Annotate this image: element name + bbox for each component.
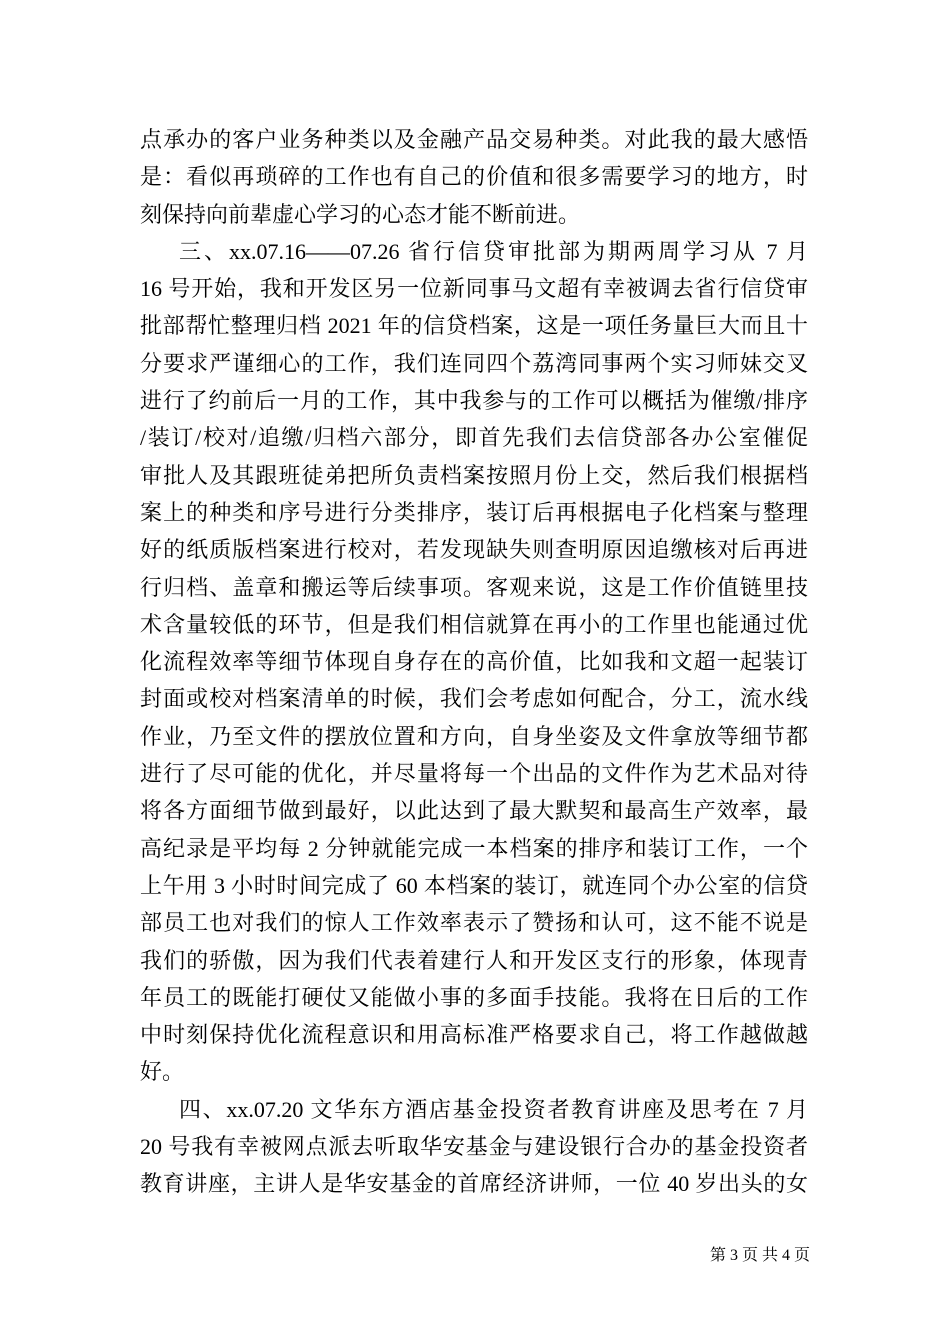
text-line: 我们的骄傲，因为我们代表着建行人和开发区支行的形象，体现青 [140, 942, 808, 979]
text-line: 进行了尽可能的优化，并尽量将每一个出品的文件作为艺术品对待 [140, 755, 808, 792]
text-line: 好的纸质版档案进行校对，若发现缺失则查明原因追缴核对后再进 [140, 531, 808, 568]
text-line: 高纪录是平均每 2 分钟就能完成一本档案的排序和装订工作，一个 [140, 830, 808, 867]
text-line: 年员工的既能打硬仗又能做小事的多面手技能。我将在日后的工作 [140, 979, 808, 1016]
page-number-footer: 第 3 页 共 4 页 [710, 1246, 810, 1265]
text-line: 审批人及其跟班徒弟把所负责档案按照月份上交，然后我们根据档 [140, 457, 808, 494]
text-line: 分要求严谨细心的工作，我们连同四个荔湾同事两个实习师妹交叉 [140, 345, 808, 382]
text-line: 化流程效率等细节体现自身存在的高价值，比如我和文超一起装订 [140, 643, 808, 680]
text-line: 作业，乃至文件的摆放位置和方向，自身坐姿及文件拿放等细节都 [140, 718, 808, 755]
text-line: 20 号我有幸被网点派去听取华安基金与建设银行合办的基金投资者 [140, 1128, 808, 1165]
text-line: 点承办的客户业务种类以及金融产品交易种类。对此我的最大感悟 [140, 121, 808, 158]
text-line: 上午用 3 小时时间完成了 60 本档案的装订，就连同个办公室的信贷 [140, 867, 808, 904]
text-line: 进行了约前后一月的工作，其中我参与的工作可以概括为催缴/排序 [140, 382, 808, 419]
text-line: 案上的种类和序号进行分类排序，装订后再根据电子化档案与整理 [140, 494, 808, 531]
text-line: 教育讲座，主讲人是华安基金的首席经济讲师，一位 40 岁出头的女 [140, 1165, 808, 1202]
text-line: 刻保持向前辈虚心学习的心态才能不断前进。 [140, 196, 808, 233]
text-line: 中时刻保持优化流程意识和用高标准严格要求自己，将工作越做越 [140, 1016, 808, 1053]
text-line: 好。 [140, 1053, 808, 1090]
text-line: 是：看似再琐碎的工作也有自己的价值和很多需要学习的地方，时 [140, 158, 808, 195]
text-line: 四、xx.07.20 文华东方酒店基金投资者教育讲座及思考在 7 月 [140, 1091, 808, 1128]
document-body: 点承办的客户业务种类以及金融产品交易种类。对此我的最大感悟是：看似再琐碎的工作也… [140, 121, 808, 1203]
text-line: 将各方面细节做到最好，以此达到了最大默契和最高生产效率，最 [140, 792, 808, 829]
paragraph: 四、xx.07.20 文华东方酒店基金投资者教育讲座及思考在 7 月20 号我有… [140, 1091, 808, 1203]
text-line: 部员工也对我们的惊人工作效率表示了赞扬和认可，这不能不说是 [140, 904, 808, 941]
text-line: 术含量较低的环节，但是我们相信就算在再小的工作里也能通过优 [140, 606, 808, 643]
text-line: 16 号开始，我和开发区另一位新同事马文超有幸被调去省行信贷审 [140, 270, 808, 307]
paragraph: 点承办的客户业务种类以及金融产品交易种类。对此我的最大感悟是：看似再琐碎的工作也… [140, 121, 808, 233]
document-page: 点承办的客户业务种类以及金融产品交易种类。对此我的最大感悟是：看似再琐碎的工作也… [0, 0, 950, 1344]
text-line: 封面或校对档案清单的时候，我们会考虑如何配合，分工，流水线 [140, 680, 808, 717]
text-line: 批部帮忙整理归档 2021 年的信贷档案，这是一项任务量巨大而且十 [140, 307, 808, 344]
text-line: /装订/校对/追缴/归档六部分，即首先我们去信贷部各办公室催促 [140, 419, 808, 456]
text-line: 三、xx.07.16——07.26 省行信贷审批部为期两周学习从 7 月 [140, 233, 808, 270]
paragraph: 三、xx.07.16——07.26 省行信贷审批部为期两周学习从 7 月16 号… [140, 233, 808, 1091]
text-line: 行归档、盖章和搬运等后续事项。客观来说，这是工作价值链里技 [140, 569, 808, 606]
